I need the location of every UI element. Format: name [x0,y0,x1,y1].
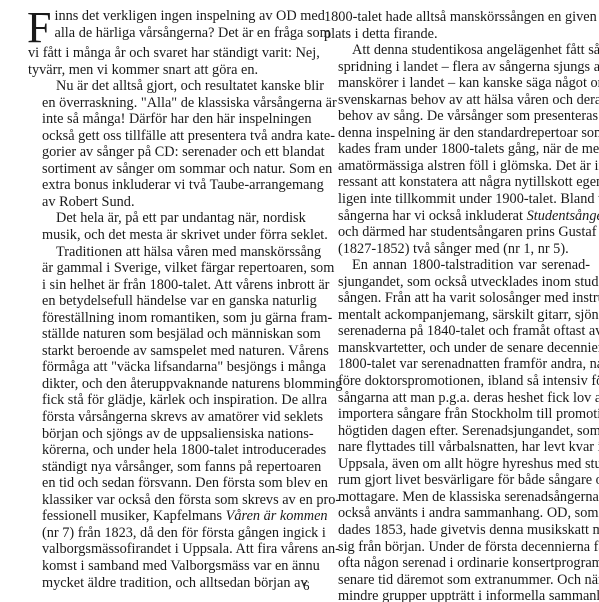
text-line: fick stå för glädje, kärlek och inspirat… [28,392,294,409]
text-line: en tid och sedan försvann. Den första so… [28,475,294,492]
text-line-with-title: fessionell musiker, Kapfelmans Våren är … [28,508,294,525]
text-line: en betydelsefull händelse var en ganska … [28,293,294,310]
left-column: F inns det verkligen ingen inspelning av… [28,8,294,591]
paragraph: En annan 1800-talstradition var serenad-… [324,257,590,602]
text-line: sig från början. Under de första decenni… [324,539,590,556]
text-line: och därmed har studentsångaren prins Gus… [324,224,590,241]
text-line: dades 1853, hade givetvis denna musikska… [324,522,590,539]
text-line: senare tid däremot som extranummer. Och … [324,572,590,589]
text-segment: fessionell musiker, Kapfelmans [42,508,226,524]
text-line: amatörmässiga alstren föll i glömska. De… [324,158,590,175]
text-line: ressant att konstatera att några nytills… [324,174,590,191]
text-line: nare flyttades till vårbalsnatten, har l… [324,439,590,456]
text-line: i sin helhet är från 1800-talet. Att vår… [28,277,294,294]
text-line: Nu är det alltså gjort, och resultatet k… [28,78,294,95]
text-line-with-title: sångerna har vi också inkluderat Student… [324,208,590,225]
paragraph: Det hela är, på ett par undantag när, no… [28,210,294,243]
text-line: Uppsala, även om allt högre hyreshus med… [324,456,590,473]
text-line: gorier av sånger på CD: serenader och et… [28,144,294,161]
text-line: Traditionen att hälsa våren med manskörs… [28,244,294,261]
text-line: ligen inte tillkommit under 1900-talet. … [324,191,590,208]
text-line: importera sångare från Stockholm till pr… [324,406,590,423]
text-line: dikter, och den återuppvaknande naturens… [28,376,294,393]
text-line: också gett oss tillfälle att presentera … [28,128,294,145]
text-line: musik, och det mesta är skrivet under fö… [28,227,294,244]
paragraph: Att denna studentikosa angelägenhet fått… [324,42,590,257]
text-line: komst i samband med Valborgsmäss var en … [28,558,294,575]
text-line: första vårsångerna skrevs av amatörer vi… [28,409,294,426]
text-line: svenskarnas behov av att hälsa våren och… [324,92,590,109]
text-line: klassiker var också den första som skrev… [28,492,294,509]
text-line: föreställning inom romantiken, som ju gä… [28,310,294,327]
text-line: serenaderna på 1840-talet och framåt oft… [324,323,590,340]
paragraph: Traditionen att hälsa våren med manskörs… [28,244,294,591]
text-line: sjungandet, som också utvecklades inom s… [324,274,590,291]
text-line: sortiment av sånger om sommar och natur.… [28,161,294,178]
text-line: mycket äldre tradition, och alltsedan bö… [28,575,294,592]
text-line: av Robert Sund. [28,194,294,211]
text-line: mottagare. Men de klassiska serenadsånge… [324,489,590,506]
text-line: starkt beroende av samspelet med naturen… [28,343,294,360]
page-number: 6 [303,579,310,593]
text-line: sångarna att man p.g.a. deras heshet fic… [324,390,590,407]
song-title-varen-ar-kommen: Våren är kommen [226,508,328,524]
text-line: kades fram under 1800-talets gång, när d… [324,141,590,158]
text-line: behov av sång. De vårsånger som presente… [324,108,590,125]
paragraph-intro: F inns det verkligen ingen inspelning av… [28,8,294,78]
text-segment: sångerna har vi också inkluderat [338,208,527,224]
text-line: Att denna studentikosa angelägenhet fått… [324,42,590,59]
text-line: spridning i landet – flera av sångerna s… [324,59,590,76]
text-line: körerna, och under hela 1800-talet intro… [28,442,294,459]
text-line: (1827-1852) två sånger med (nr 1, nr 5). [324,241,590,258]
text-line: ofta någon serenad i ordinarie konsertpr… [324,555,590,572]
text-line: plats i detta firande. [324,26,590,43]
text-line: manskörer i landet – kan kanske säga någ… [324,75,590,92]
text-line: högtiden dagen efter. Serenadsjungandet,… [324,423,590,440]
text-line: början och sjöngs av de uppsaliensiska n… [28,426,294,443]
text-line: är gammal i Sverige, vilket färgar reper… [28,260,294,277]
paragraph-continued: 1800-talet hade alltså manskörssången en… [324,9,590,42]
text-line: också använts i andra sammanhang. OD, so… [324,505,590,522]
text-line: en överraskning. "Alla" de klassiska vår… [28,95,294,112]
text-line: inte så många! Därför har den här inspel… [28,111,294,128]
text-line: manskvartetter, och under de senare dece… [324,340,590,357]
song-title-studentsangen: Studentsången [527,208,599,224]
text-line: rum gjort livet besvärligare för både så… [324,472,590,489]
text-line: extra bonus inkluderar vi två Taube-arra… [28,177,294,194]
paragraph: Nu är det alltså gjort, och resultatet k… [28,78,294,210]
text-line: förmåga att "väcka lifsandarna" besjöngs… [28,359,294,376]
text-line: vi fått i många år och svaret har ständi… [28,45,294,62]
text-line: sången. Från att ha varit solosånger med… [324,290,590,307]
text-line: mentalt ackompanjemang, särskilt gitarr,… [324,307,590,324]
text-line: inns det verkligen ingen inspelning av O… [28,8,294,25]
text-line: valborgsmässofirandet i Uppsala. Att fir… [28,541,294,558]
text-line: Det hela är, på ett par undantag när, no… [28,210,294,227]
text-line: ställde naturen som besjälad och människ… [28,326,294,343]
text-line: denna inspelning är den standardrepertoa… [324,125,590,142]
text-line: ständigt nya vårsånger, som fanns på rep… [28,459,294,476]
text-line: alla de härliga vårsångerna? Det är en f… [28,25,294,42]
text-line: (nr 7) från 1823, då den för första gång… [28,525,294,542]
drop-cap: F [27,11,51,45]
text-line: före doktorspromotionen, ibland så inten… [324,373,590,390]
text-line: 1800-talet hade alltså manskörssången en… [324,9,590,26]
right-column: 1800-talet hade alltså manskörssången en… [324,9,590,602]
text-line: En annan 1800-talstradition var serenad- [324,257,590,274]
text-line: mindre grupper uppträtt i informella sam… [324,588,590,602]
text-line: 1800-talet var serenadnatten framför and… [324,356,590,373]
text-line: tyvärr, men vi kommer snart att göra en. [28,62,294,79]
